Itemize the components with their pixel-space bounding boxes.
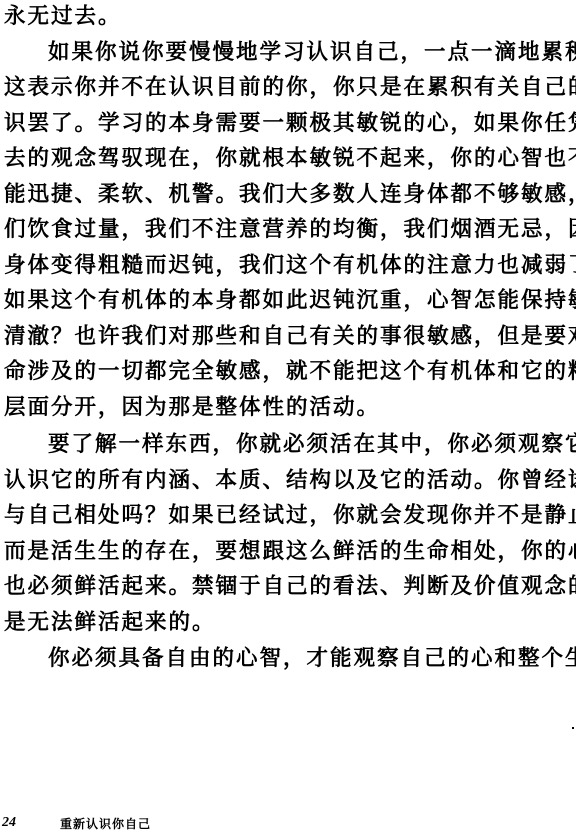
- scan-artifact-mark: [572, 727, 574, 729]
- running-title: 重新认识你自己: [60, 815, 151, 832]
- text-line: 永无过去。: [4, 4, 122, 30]
- text-line: 与自己相处吗？如果已经试过，你就会发现你并不是静止的，: [4, 503, 576, 529]
- text-line: 如果你说你要慢慢地学习认识自己，一点一滴地累积，: [48, 40, 576, 66]
- text-line: 要了解一样东西，你就必须活在其中，你必须观察它，: [48, 432, 576, 458]
- text-line: 认识它的所有内涵、本质、结构以及它的活动。你曾经试过: [4, 468, 576, 494]
- text-line: 去的观念驾驭现在，你就根本敏锐不起来，你的心智也不可: [4, 146, 576, 172]
- page-number: 24: [2, 815, 16, 831]
- text-line: 们饮食过量，我们不注意营养的均衡，我们烟酒无忌，因此: [4, 217, 576, 243]
- text-line: 这表示你并不在认识目前的你，你只是在累积有关自己的知: [4, 75, 576, 101]
- text-line: 清澈？也许我们对那些和自己有关的事很敏感，但是要对生: [4, 324, 576, 350]
- text-line: 如果这个有机体的本身都如此迟钝沉重，心智怎能保持敏感: [4, 288, 576, 314]
- text-line: 而是活生生的存在，要想跟这么鲜活的生命相处，你的心智: [4, 539, 576, 565]
- text-line: 身体变得粗糙而迟钝，我们这个有机体的注意力也减弱了。: [4, 253, 576, 279]
- text-line: 命涉及的一切都完全敏感，就不能把这个有机体和它的精神: [4, 359, 576, 385]
- text-line: 你必须具备自由的心智，才能观察自己的心和整个生命: [48, 646, 576, 672]
- text-line: 是无法鲜活起来的。: [4, 610, 216, 636]
- text-line: 识罢了。学习的本身需要一颗极其敏锐的心，如果你任凭过: [4, 111, 576, 137]
- text-line: 也必须鲜活起来。禁锢于自己的看法、判断及价值观念的心，: [4, 574, 576, 600]
- text-line: 能迅捷、柔软、机警。我们大多数人连身体都不够敏感，我: [4, 182, 576, 208]
- text-line: 层面分开，因为那是整体性的活动。: [4, 395, 380, 421]
